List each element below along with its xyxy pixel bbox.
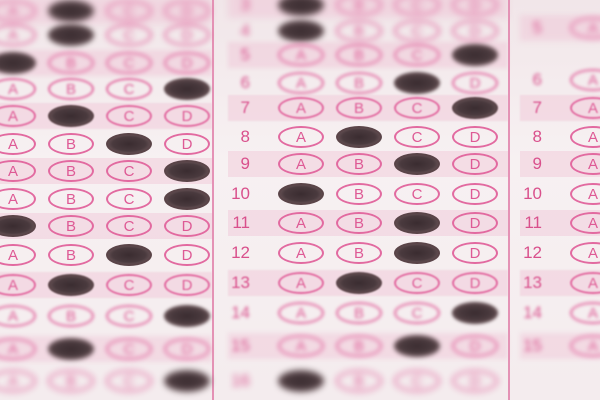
bubble-b[interactable]: B [336, 126, 382, 148]
bubble-a[interactable]: A [570, 272, 600, 294]
question-row: 8ABCD [228, 124, 508, 150]
answer-column-right: 5ABCD6ABCD7ABCD8ABCD9ABCD10ABCD11ABCD12A… [520, 0, 600, 400]
bubble-a[interactable]: A [278, 212, 324, 234]
bubble-a[interactable]: A [570, 17, 600, 39]
question-row: ABCD [0, 158, 212, 184]
question-number: 3 [220, 0, 250, 15]
question-row: ABCD [0, 0, 212, 24]
question-number: 4 [220, 21, 250, 41]
bubble-c[interactable]: C [106, 52, 152, 74]
question-row: 10ABCD [228, 181, 508, 207]
bubble-a[interactable]: A [570, 153, 600, 175]
question-number: 5 [220, 45, 250, 65]
bubble-d[interactable]: D [452, 183, 498, 205]
bubble-b[interactable]: B [48, 370, 94, 392]
bubble-a[interactable]: A [570, 183, 600, 205]
bubble-d[interactable]: D [164, 215, 210, 237]
bubble-d[interactable]: D [164, 52, 210, 74]
question-row: 11ABCD [228, 210, 508, 236]
bubble-a[interactable]: A [278, 0, 324, 16]
question-row: ABCD [0, 242, 212, 268]
bubble-a[interactable]: A [278, 335, 324, 357]
question-number: 11 [512, 213, 542, 233]
bubble-c[interactable]: C [106, 338, 152, 360]
answer-sheet: ABCDABCDABCDABCDABCDABCDABCDABCDABCDABCD… [0, 0, 600, 400]
bubble-b[interactable]: B [48, 78, 94, 100]
question-number: 14 [220, 303, 250, 323]
bubble-d[interactable]: D [452, 242, 498, 264]
bubble-c[interactable]: C [394, 272, 440, 294]
question-row: ABCD [0, 368, 212, 394]
question-number: 7 [220, 98, 250, 118]
bubble-a[interactable]: A [570, 212, 600, 234]
bubble-d[interactable]: D [452, 335, 498, 357]
bubble-d[interactable]: D [452, 20, 498, 42]
bubble-a[interactable]: A [0, 160, 36, 182]
bubble-b[interactable]: B [336, 20, 382, 42]
bubble-c[interactable]: C [394, 20, 440, 42]
bubble-d[interactable]: D [164, 78, 210, 100]
bubble-d[interactable]: D [452, 153, 498, 175]
bubble-a[interactable]: A [278, 72, 324, 94]
bubble-d[interactable]: D [164, 188, 210, 210]
bubble-a[interactable]: A [278, 44, 324, 66]
bubble-c[interactable]: C [106, 0, 152, 22]
question-row: ABCD [0, 186, 212, 212]
bubble-a[interactable]: A [0, 52, 36, 74]
bubble-c[interactable]: C [394, 302, 440, 324]
bubble-c[interactable]: C [394, 370, 440, 392]
question-row: ABCD [0, 50, 212, 76]
question-number: 13 [512, 273, 542, 293]
question-number: 11 [220, 213, 250, 233]
bubble-c[interactable]: C [106, 215, 152, 237]
question-number: 5 [512, 18, 542, 38]
bubble-a[interactable]: A [278, 153, 324, 175]
column-divider [508, 0, 510, 400]
bubble-b[interactable]: B [336, 183, 382, 205]
bubble-c[interactable]: C [106, 274, 152, 296]
question-number: 12 [512, 243, 542, 263]
column-divider [212, 0, 214, 400]
question-row: 15ABCD [228, 333, 508, 359]
question-row: 5ABCD [520, 15, 600, 41]
bubble-a[interactable]: A [570, 335, 600, 357]
question-row: 10ABCD [520, 181, 600, 207]
question-row: 14ABCD [520, 300, 600, 326]
question-number: 15 [512, 336, 542, 356]
bubble-c[interactable]: C [106, 188, 152, 210]
bubble-b[interactable]: B [336, 370, 382, 392]
question-number: 15 [220, 336, 250, 356]
question-row: ABCD [0, 272, 212, 298]
question-row: 8ABCD [520, 124, 600, 150]
bubble-b[interactable]: B [336, 44, 382, 66]
bubble-c[interactable]: C [394, 97, 440, 119]
question-row: ABCD [0, 103, 212, 129]
question-row: 5ABCD [228, 42, 508, 68]
question-number: 10 [512, 184, 542, 204]
bubble-a[interactable]: A [278, 97, 324, 119]
bubble-d[interactable]: D [452, 302, 498, 324]
question-row: 13ABCD [520, 270, 600, 296]
bubble-c[interactable]: C [106, 244, 152, 266]
bubble-c[interactable]: C [106, 370, 152, 392]
bubble-d[interactable]: D [164, 133, 210, 155]
bubble-c[interactable]: C [106, 105, 152, 127]
question-number: 8 [220, 127, 250, 147]
bubble-d[interactable]: D [164, 338, 210, 360]
question-row: 7ABCD [228, 95, 508, 121]
question-row: 7ABCD [520, 95, 600, 121]
bubble-a[interactable]: A [0, 338, 36, 360]
question-number: 6 [220, 73, 250, 93]
question-row: ABCD [0, 303, 212, 329]
bubble-b[interactable]: B [48, 133, 94, 155]
bubble-d[interactable]: D [452, 0, 498, 16]
bubble-b[interactable]: B [48, 52, 94, 74]
bubble-b[interactable]: B [336, 302, 382, 324]
bubble-a[interactable]: A [0, 78, 36, 100]
bubble-a[interactable]: A [0, 24, 36, 46]
bubble-a[interactable]: A [0, 274, 36, 296]
bubble-c[interactable]: C [394, 0, 440, 16]
bubble-c[interactable]: C [394, 183, 440, 205]
question-row: 4ABCD [228, 18, 508, 44]
bubble-c[interactable]: C [394, 153, 440, 175]
question-row: 16ABCD [228, 368, 508, 394]
bubble-d[interactable]: D [452, 72, 498, 94]
bubble-a[interactable]: A [570, 69, 600, 91]
bubble-d[interactable]: D [452, 97, 498, 119]
question-row: ABCD [0, 22, 212, 48]
bubble-b[interactable]: B [48, 105, 94, 127]
bubble-c[interactable]: C [106, 78, 152, 100]
question-row: ABCD [0, 76, 212, 102]
bubble-d[interactable]: D [164, 160, 210, 182]
bubble-b[interactable]: B [48, 215, 94, 237]
bubble-b[interactable]: B [336, 153, 382, 175]
bubble-d[interactable]: D [452, 44, 498, 66]
question-row: 12ABCD [228, 240, 508, 266]
bubble-a[interactable]: A [570, 97, 600, 119]
bubble-b[interactable]: B [48, 244, 94, 266]
bubble-a[interactable]: A [278, 183, 324, 205]
bubble-a[interactable]: A [0, 305, 36, 327]
question-row: 12ABCD [520, 240, 600, 266]
question-number: 6 [512, 70, 542, 90]
question-number: 16 [220, 371, 250, 391]
bubble-b[interactable]: B [48, 160, 94, 182]
bubble-b[interactable]: B [48, 338, 94, 360]
bubble-b[interactable]: B [336, 242, 382, 264]
bubble-b[interactable]: B [336, 0, 382, 16]
bubble-b[interactable]: B [48, 0, 94, 22]
question-row: 11ABCD [520, 210, 600, 236]
bubble-a[interactable]: A [570, 126, 600, 148]
bubble-a[interactable]: A [278, 370, 324, 392]
bubble-d[interactable]: D [164, 244, 210, 266]
question-row: 13ABCD [228, 270, 508, 296]
question-row: 15ABCD [520, 333, 600, 359]
bubble-c[interactable]: C [106, 160, 152, 182]
bubble-a[interactable]: A [0, 133, 36, 155]
bubble-b[interactable]: B [48, 24, 94, 46]
question-number: 7 [512, 98, 542, 118]
question-number: 9 [512, 154, 542, 174]
bubble-a[interactable]: A [0, 370, 36, 392]
question-row: ABCD [0, 131, 212, 157]
bubble-b[interactable]: B [336, 97, 382, 119]
bubble-a[interactable]: A [570, 302, 600, 324]
bubble-b[interactable]: B [336, 72, 382, 94]
question-number: 12 [220, 243, 250, 263]
bubble-d[interactable]: D [164, 0, 210, 22]
bubble-a[interactable]: A [278, 20, 324, 42]
bubble-a[interactable]: A [278, 272, 324, 294]
question-number: 9 [220, 154, 250, 174]
bubble-d[interactable]: D [452, 126, 498, 148]
question-row: 6ABCD [520, 67, 600, 93]
bubble-a[interactable]: A [278, 126, 324, 148]
question-number: 13 [220, 273, 250, 293]
bubble-a[interactable]: A [278, 242, 324, 264]
bubble-d[interactable]: D [164, 24, 210, 46]
answer-column-left: ABCDABCDABCDABCDABCDABCDABCDABCDABCDABCD… [0, 0, 212, 400]
bubble-b[interactable]: B [336, 272, 382, 294]
bubble-a[interactable]: A [278, 302, 324, 324]
bubble-d[interactable]: D [452, 212, 498, 234]
bubble-d[interactable]: D [164, 370, 210, 392]
bubble-d[interactable]: D [452, 272, 498, 294]
bubble-b[interactable]: B [48, 305, 94, 327]
bubble-c[interactable]: C [394, 126, 440, 148]
question-row: ABCD [0, 213, 212, 239]
bubble-d[interactable]: D [164, 274, 210, 296]
bubble-b[interactable]: B [48, 188, 94, 210]
bubble-a[interactable]: A [0, 244, 36, 266]
question-row: 6ABCD [228, 70, 508, 96]
bubble-c[interactable]: C [394, 72, 440, 94]
question-number: 8 [512, 127, 542, 147]
question-number: 10 [220, 184, 250, 204]
bubble-c[interactable]: C [394, 335, 440, 357]
question-row: 9ABCD [228, 151, 508, 177]
bubble-d[interactable]: D [452, 370, 498, 392]
answer-column-middle: 3ABCD4ABCD5ABCD6ABCD7ABCD8ABCD9ABCD10ABC… [228, 0, 508, 400]
bubble-a[interactable]: A [0, 0, 36, 22]
question-number: 14 [512, 303, 542, 323]
bubble-c[interactable]: C [394, 212, 440, 234]
bubble-a[interactable]: A [570, 242, 600, 264]
bubble-c[interactable]: C [106, 305, 152, 327]
question-row: 14ABCD [228, 300, 508, 326]
bubble-c[interactable]: C [106, 24, 152, 46]
bubble-d[interactable]: D [164, 105, 210, 127]
bubble-a[interactable]: A [0, 188, 36, 210]
bubble-b[interactable]: B [336, 335, 382, 357]
bubble-c[interactable]: C [394, 242, 440, 264]
bubble-a[interactable]: A [0, 105, 36, 127]
bubble-b[interactable]: B [336, 212, 382, 234]
bubble-c[interactable]: C [106, 133, 152, 155]
bubble-a[interactable]: A [0, 215, 36, 237]
question-row: ABCD [0, 336, 212, 362]
bubble-b[interactable]: B [48, 274, 94, 296]
question-row: 3ABCD [228, 0, 508, 18]
bubble-d[interactable]: D [164, 305, 210, 327]
bubble-c[interactable]: C [394, 44, 440, 66]
question-row: 9ABCD [520, 151, 600, 177]
